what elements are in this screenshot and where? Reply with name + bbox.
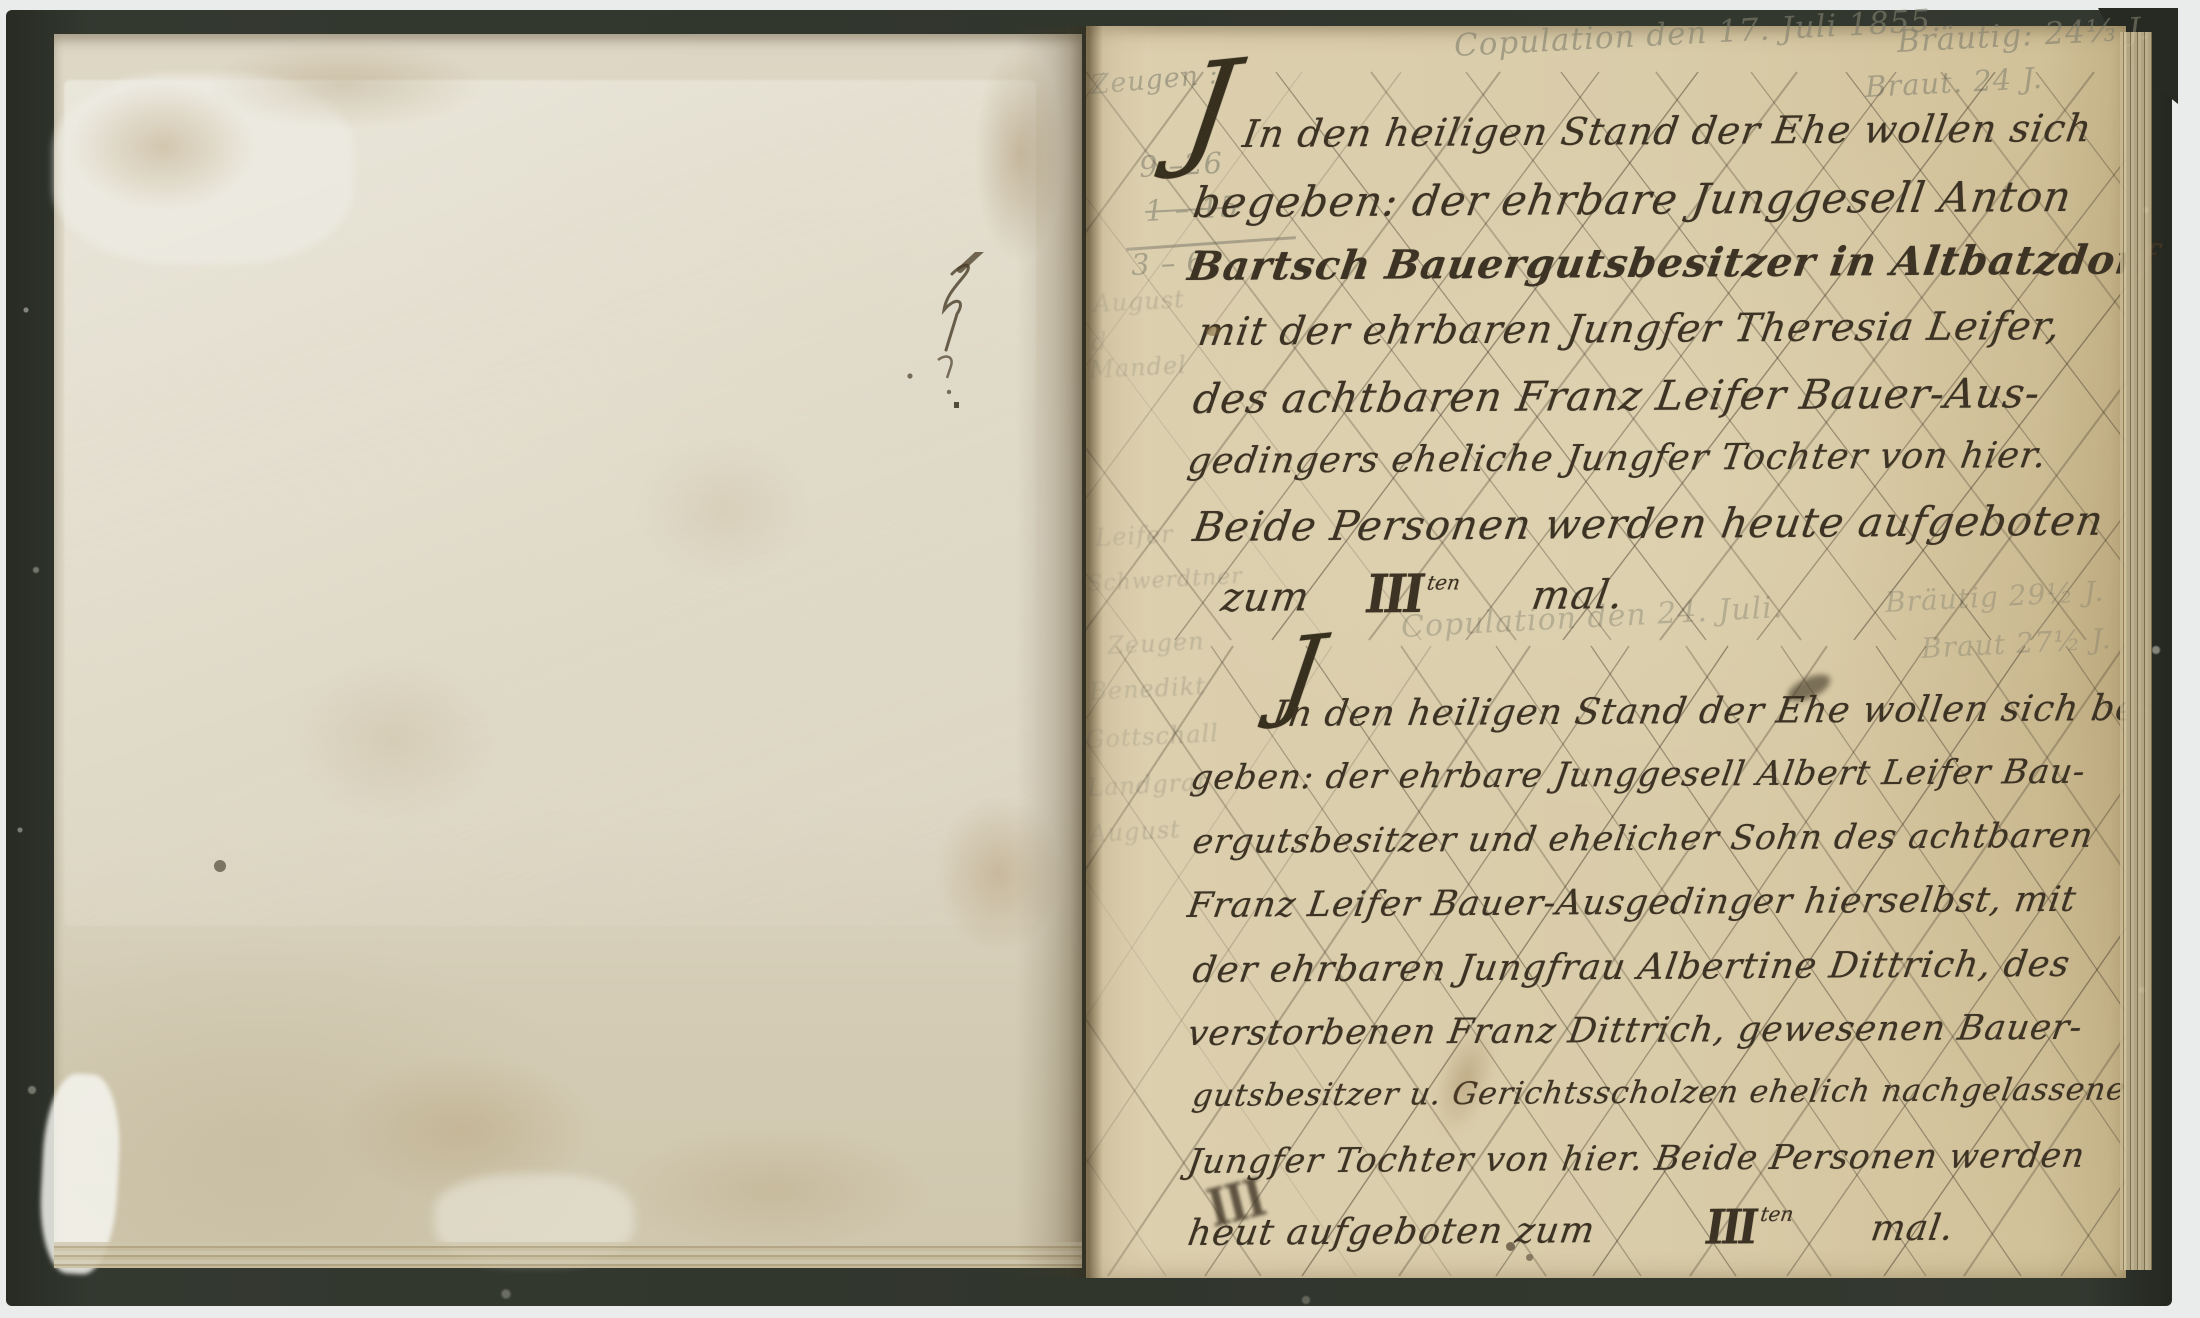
scanned-book-photo: Copulation den 17. Juli 1855. Bräutig: 2… — [0, 0, 2200, 1318]
right-page: Copulation den 17. Juli 1855. Bräutig: 2… — [1086, 26, 2126, 1278]
margin-note: Benedikt — [1089, 672, 1207, 706]
entry2-line: der ehrbaren Jungfrau Albertine Dittrich… — [1190, 944, 2073, 991]
entry2-line: Franz Leifer Bauer-Ausgedinger hierselbs… — [1185, 880, 2079, 926]
entry2-line: geben: der ehrbare Junggesell Albert Lei… — [1188, 752, 2089, 798]
entry2-line: gutsbesitzer u. Gerichtsscholzen ehelich… — [1190, 1071, 2128, 1114]
banns-prefix: zum — [1218, 574, 1313, 621]
bride-age-note-2: Braut 27½ J. — [1920, 622, 2112, 665]
ink-speck — [1526, 1254, 1533, 1261]
groom-age-note-2: Bräutig 29½ J. — [1884, 575, 2105, 619]
margin-note: Leifer — [1095, 520, 1175, 552]
tape-mark — [54, 74, 354, 264]
margin-note: August — [1089, 815, 1182, 848]
entry1-line: gedingers eheliche Jungfer Tochter von h… — [1185, 435, 2050, 482]
entry1-line: begeben: der ehrbare Junggesell Anton — [1190, 172, 2075, 227]
entry1-line: Beide Personen werden heute aufgeboten — [1190, 497, 2107, 551]
margin-note: Gottschall — [1085, 719, 1220, 754]
entry2-line: In den heiligen Stand der Ehe wollen sic… — [1270, 688, 2154, 735]
bride-age-note-1: Braut. 24 J. — [1864, 61, 2043, 104]
left-page — [54, 34, 1082, 1268]
entry1-initial: J — [1174, 34, 1245, 182]
banns-prefix: heut aufgeboten zum — [1185, 1210, 1598, 1254]
banns-superscript: ten — [1425, 570, 1461, 594]
banns-roman-numeral: III — [1701, 1198, 1759, 1255]
stain — [614, 1124, 934, 1254]
entry1-line: mit der ehrbaren Jungfer Theresia Leifer… — [1195, 304, 2064, 355]
entry2-banns-line: heut aufgeboten zumIIItenmal. — [1185, 1201, 1958, 1255]
entry1-line: Bartsch Bauergutsbesitzer in Altbatzdorf — [1185, 236, 2159, 290]
entry1-line: des achtbaren Franz Leifer Bauer-Aus- — [1190, 369, 2044, 423]
page-stack-edge-right — [2120, 32, 2152, 1270]
margin-note: Mandel — [1089, 351, 1188, 384]
margin-note: Schwerdtner — [1087, 564, 1244, 597]
page-stack-edge — [54, 1242, 1082, 1268]
entry2-line: Jungfer Tochter von hier. Beide Personen… — [1185, 1136, 2088, 1182]
margin-note: August — [1093, 285, 1186, 318]
entry1-line: In den heiligen Stand der Ehe wollen sic… — [1240, 106, 2095, 156]
banns-superscript: ten — [1759, 1202, 1795, 1226]
margin-note: d — [1091, 327, 1109, 356]
margin-note: Zeugen — [1107, 627, 1206, 660]
entry2-line: verstorbenen Franz Dittrich, gewesenen B… — [1185, 1008, 2086, 1054]
banns-suffix: mal. — [1868, 1208, 1957, 1250]
entry2-line: ergutsbesitzer und ehelicher Sohn des ac… — [1190, 816, 2096, 862]
ink-doodle — [894, 252, 1004, 412]
